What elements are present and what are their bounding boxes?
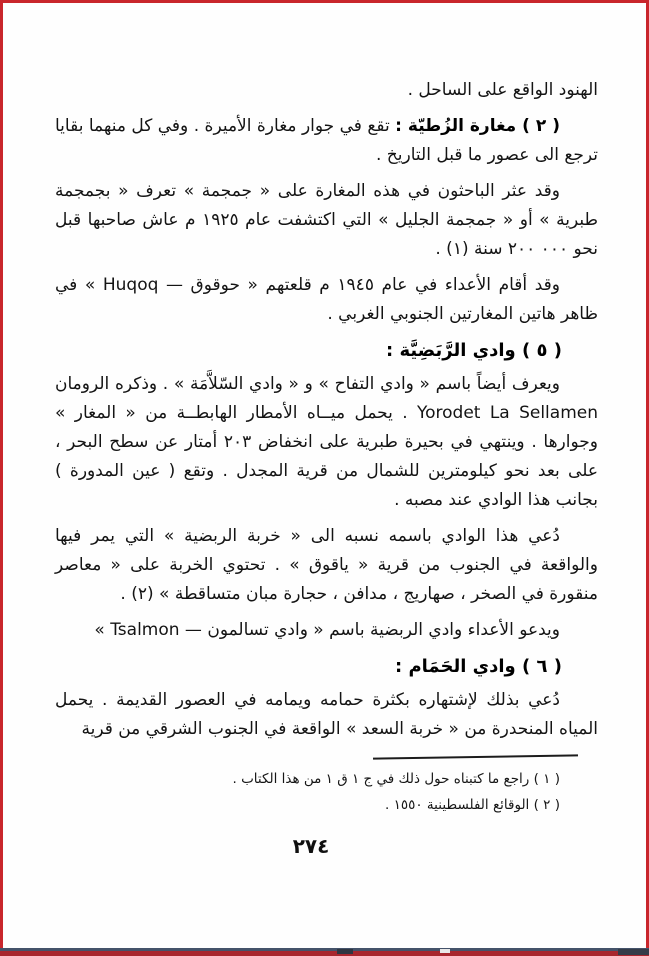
paragraph-galilee-skull: وقد عثر الباحثون في هذه المغارة على « جم… [55,177,598,264]
scan-smudge [618,949,649,955]
page-border-top [0,0,649,3]
scan-smudge [337,949,353,954]
scan-smudge [440,949,450,953]
footnote-2: ( ٢ ) الوقائع الفلسطينية ١٥٥٠ . [150,792,560,818]
paragraph-khirbet-rabadiyya: دُعي هذا الوادي باسمه نسبه الى « خربة ال… [55,522,598,609]
footnotes-block: ( ١ ) راجع ما كتبناه حول ذلك في ج ١ ق ١ … [150,766,560,818]
page-number: ٢٧٤ [280,834,342,858]
paragraph-hamam-description: دُعي بذلك لإشتهاره بكثرة حمامه ويمامه في… [55,686,598,744]
heading-wadi-hamam: ( ٦ ) وادي الحَمَام : [55,652,598,681]
heading-wadi-rabadiyya: ( ٥ ) وادي الرَّبَضِيَّة : [55,336,598,365]
footnote-1: ( ١ ) راجع ما كتبناه حول ذلك في ج ١ ق ١ … [150,766,560,792]
paragraph-huqoq-fort: وقد أقام الأعداء في عام ١٩٤٥ م قلعتهم « … [55,271,598,329]
page-border-left [0,0,3,956]
page-body-text: الهنود الواقع على الساحل . ( ٢ ) مغارة ا… [55,76,598,751]
scanned-book-page: الهنود الواقع على الساحل . ( ٢ ) مغارة ا… [0,0,649,956]
page-border-bottom [0,951,649,956]
footnote-separator-rule [373,754,578,759]
paragraph-rabadiyya-description: ويعرف أيضاً باسم « وادي التفاح » و « واد… [55,370,598,515]
continuation-line: الهنود الواقع على الساحل . [55,76,598,105]
entry-zutiyya-cave: ( ٢ ) مغارة الزُطيّة : تقع في جوار مغارة… [55,112,598,170]
entry-zutiyya-title: ( ٢ ) مغارة الزُطيّة : [395,116,560,136]
paragraph-tsalmon-name: ويدعو الأعداء وادي الربضية باسم « وادي ت… [55,616,598,645]
